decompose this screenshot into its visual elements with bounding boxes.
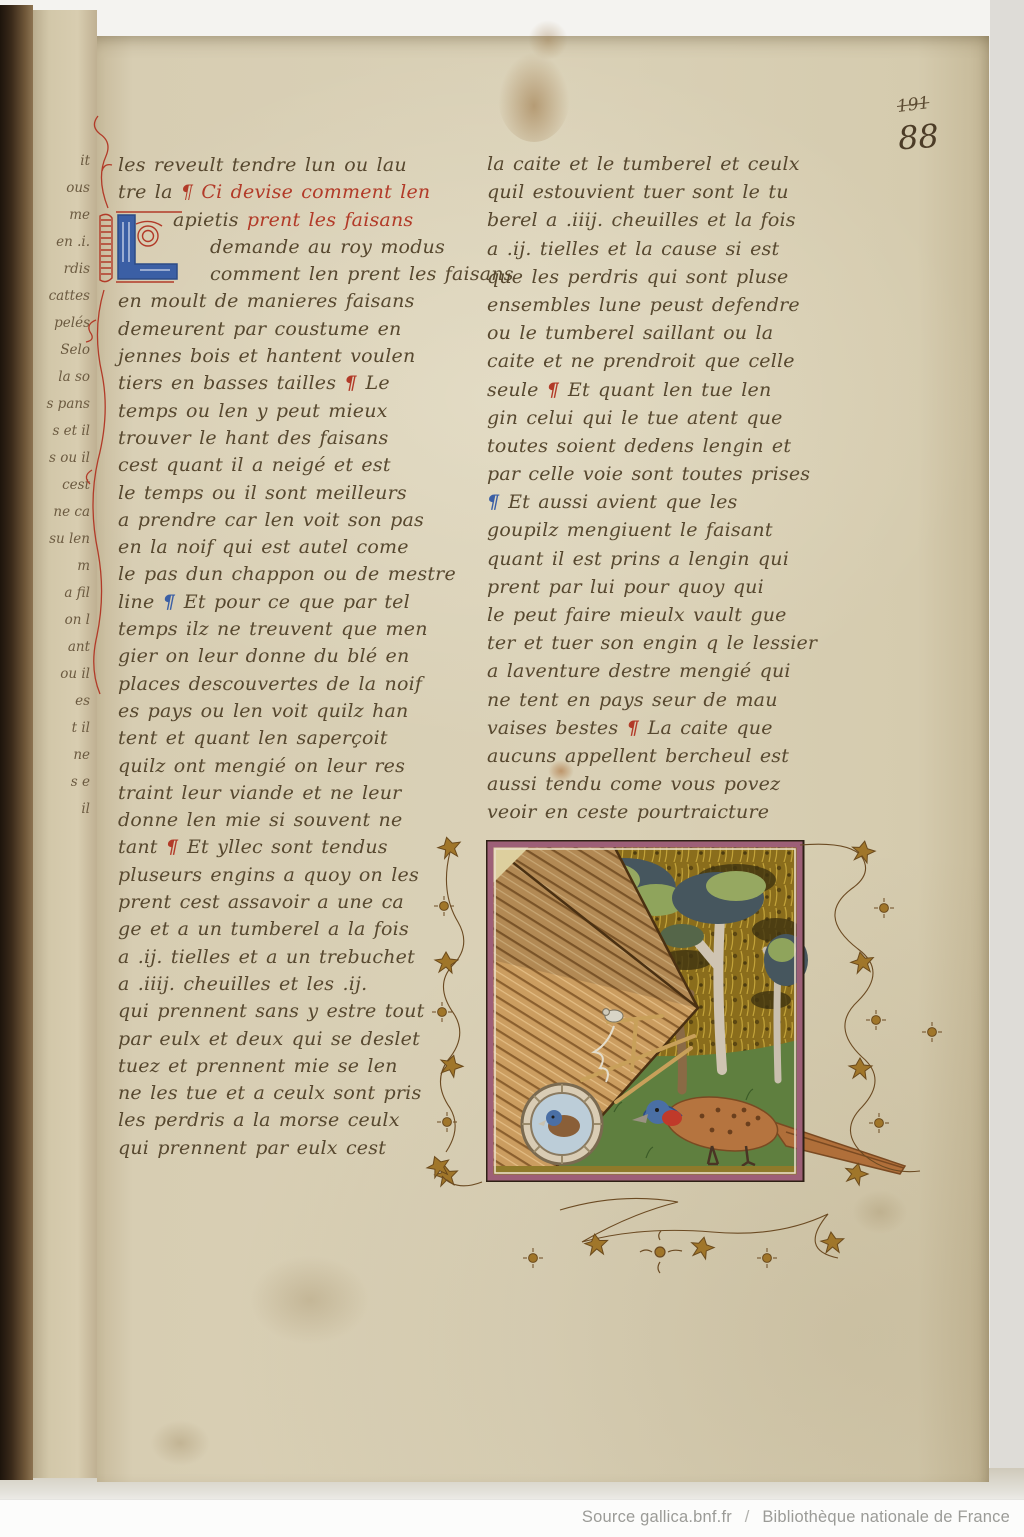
text-line: le pas dun chappon ou de mestre: [118, 561, 438, 588]
wheel-cage: [522, 1084, 602, 1164]
text-line: temps ou len y peut mieux: [118, 398, 438, 425]
spine-fragment: ne: [33, 742, 97, 769]
text-line: quil estouvient tuer sont le tu: [487, 178, 817, 206]
spine-fragment: it: [33, 148, 97, 175]
right-text-column: la caite et le tumberel et ceulxquil est…: [487, 150, 817, 827]
text-line: que les perdris qui sont pluse: [487, 263, 817, 291]
text-line: es pays ou len voit quilz han: [118, 698, 438, 725]
spine-fragment: me: [33, 202, 97, 229]
text-line: qui prennent par eulx cest: [118, 1135, 438, 1162]
spine-fragment: s ou il: [33, 445, 97, 472]
text-line: demeurent par coustume en: [118, 316, 438, 343]
text-line: trouver le hant des faisans: [118, 425, 438, 452]
spine-fragment: t il: [33, 715, 97, 742]
text-line: quilz ont mengié on leur res: [118, 753, 438, 780]
text-line: les reveult tendre lun ou lau: [118, 152, 438, 179]
text-line: en la noif qui est autel come: [118, 534, 438, 561]
text-line: prent cest assavoir a une ca: [118, 889, 438, 916]
text-line: la caite et le tumberel et ceulx: [487, 150, 817, 178]
source-label: Source gallica.bnf.fr: [582, 1508, 732, 1526]
text-line: en moult de manieres faisans: [118, 288, 438, 315]
text-line: places descouvertes de la noif: [118, 671, 438, 698]
text-line: ter et tuer son engin q le lessier: [487, 629, 817, 657]
text-line: tiers en basses tailles ¶ Le: [118, 370, 438, 397]
text-line: gin celui qui le tue atent que: [487, 404, 817, 432]
text-line: line ¶ Et pour ce que par tel: [118, 589, 438, 616]
drop-cap-initial-L: [96, 210, 188, 290]
scan-background-top: [0, 0, 1024, 37]
text-line: ¶ Et aussi avient que les: [487, 488, 817, 516]
text-line: demande au roy modus: [210, 234, 438, 261]
spine-fragment: ous: [33, 175, 97, 202]
spine-fragment: s e: [33, 769, 97, 796]
text-line: comment len prent les faisans: [210, 261, 438, 288]
text-line: tant ¶ Et yllec sont tendus: [118, 834, 438, 861]
text-line: le temps ou il sont meilleurs: [118, 480, 438, 507]
text-line: gier on leur donne du blé en: [118, 643, 438, 670]
text-line: ne les tue et a ceulx sont pris: [118, 1080, 438, 1107]
spine-fragment: ne ca: [33, 499, 97, 526]
text-line: vaises bestes ¶ La caite que: [487, 714, 817, 742]
text-line: a .iiij. cheuilles et les .ij.: [118, 971, 438, 998]
text-line: veoir en ceste pourtraicture: [487, 798, 817, 826]
spine-text-fragments: itousmeen .i.rdiscattespelésSelola sos p…: [33, 10, 97, 823]
spine-fragment: a fil: [33, 580, 97, 607]
text-line: quant il est prins a lengin qui: [487, 545, 817, 573]
text-line: aucuns appellent bercheul est: [487, 742, 817, 770]
text-line: a prendre car len voit son pas: [118, 507, 438, 534]
text-line: ge et a un tumberel a la fois: [118, 916, 438, 943]
text-line: ensembles lune peust defendre: [487, 291, 817, 319]
text-line: par celle voie sont toutes prises: [487, 460, 817, 488]
text-line: apietis prent les faisans: [173, 207, 438, 234]
text-line: le peut faire mieulx vault gue: [487, 601, 817, 629]
spine-fragment: cattes: [33, 283, 97, 310]
text-line: qui prennent sans y estre tout: [118, 998, 438, 1025]
spine-fragment: s et il: [33, 418, 97, 445]
text-line: donne len mie si souvent ne: [118, 807, 438, 834]
text-line: aussi tendu come vous povez: [487, 770, 817, 798]
miniature-illustration: [486, 840, 916, 1186]
text-line: les perdris a la morse ceulx: [118, 1107, 438, 1134]
text-line: par eulx et deux qui se deslet: [118, 1026, 438, 1053]
scan-background-right: [990, 0, 1024, 1500]
spine-fragment: il: [33, 796, 97, 823]
text-line: tre la ¶ Ci devise comment len: [118, 179, 438, 206]
source-attribution: Source gallica.bnf.fr / Bibliothèque nat…: [582, 1508, 1010, 1527]
spine-fragment: ant: [33, 634, 97, 661]
text-line: prent par lui pour quoy qui: [487, 573, 817, 601]
text-line: a .ij. tielles et la cause si est: [487, 235, 817, 263]
previous-folio-edge: itousmeen .i.rdiscattespelésSelola sos p…: [33, 10, 97, 1478]
spine-fragment: Selo: [33, 337, 97, 364]
spine-fragment: es: [33, 688, 97, 715]
text-line: ou le tumberel saillant ou la: [487, 319, 817, 347]
text-line: jennes bois et hantent voulen: [118, 343, 438, 370]
text-line: seule ¶ Et quant len tue len: [487, 376, 817, 404]
spine-fragment: su len: [33, 526, 97, 553]
text-line: pluseurs engins a quoy on les: [118, 862, 438, 889]
text-line: traint leur viande et ne leur: [118, 780, 438, 807]
spine-fragment: ou il: [33, 661, 97, 688]
book-binding: [0, 5, 33, 1480]
spine-fragment: m: [33, 553, 97, 580]
text-line: tent et quant len saperçoit: [118, 725, 438, 752]
separator: /: [745, 1508, 750, 1526]
old-foliation: 191: [896, 93, 931, 117]
spine-fragment: on l: [33, 607, 97, 634]
spine-fragment: en .i.: [33, 229, 97, 256]
spine-fragment: la so: [33, 364, 97, 391]
text-line: berel a .iiij. cheuilles et la fois: [487, 206, 817, 234]
text-line: caite et ne prendroit que celle: [487, 347, 817, 375]
institution-label: Bibliothèque nationale de France: [762, 1508, 1010, 1526]
text-line: temps ilz ne treuvent que men: [118, 616, 438, 643]
spine-fragment: cest: [33, 472, 97, 499]
text-line: a laventure destre mengié qui: [487, 657, 817, 685]
spine-fragment: s pans: [33, 391, 97, 418]
text-line: tuez et prennent mie se len: [118, 1053, 438, 1080]
spine-fragment: rdis: [33, 256, 97, 283]
left-text-column: les reveult tendre lun ou lautre la ¶ Ci…: [118, 152, 438, 1162]
spine-fragment: pelés: [33, 310, 97, 337]
text-line: goupilz mengiuent le faisant: [487, 516, 817, 544]
text-line: cest quant il a neigé et est: [118, 452, 438, 479]
text-line: ne tent en pays seur de mau: [487, 686, 817, 714]
folio-number: 88: [897, 117, 940, 158]
text-line: a .ij. tielles et a un trebuchet: [118, 944, 438, 971]
text-line: toutes soient dedens lengin et: [487, 432, 817, 460]
gallica-footer-bar: Source gallica.bnf.fr / Bibliothèque nat…: [0, 1499, 1024, 1537]
